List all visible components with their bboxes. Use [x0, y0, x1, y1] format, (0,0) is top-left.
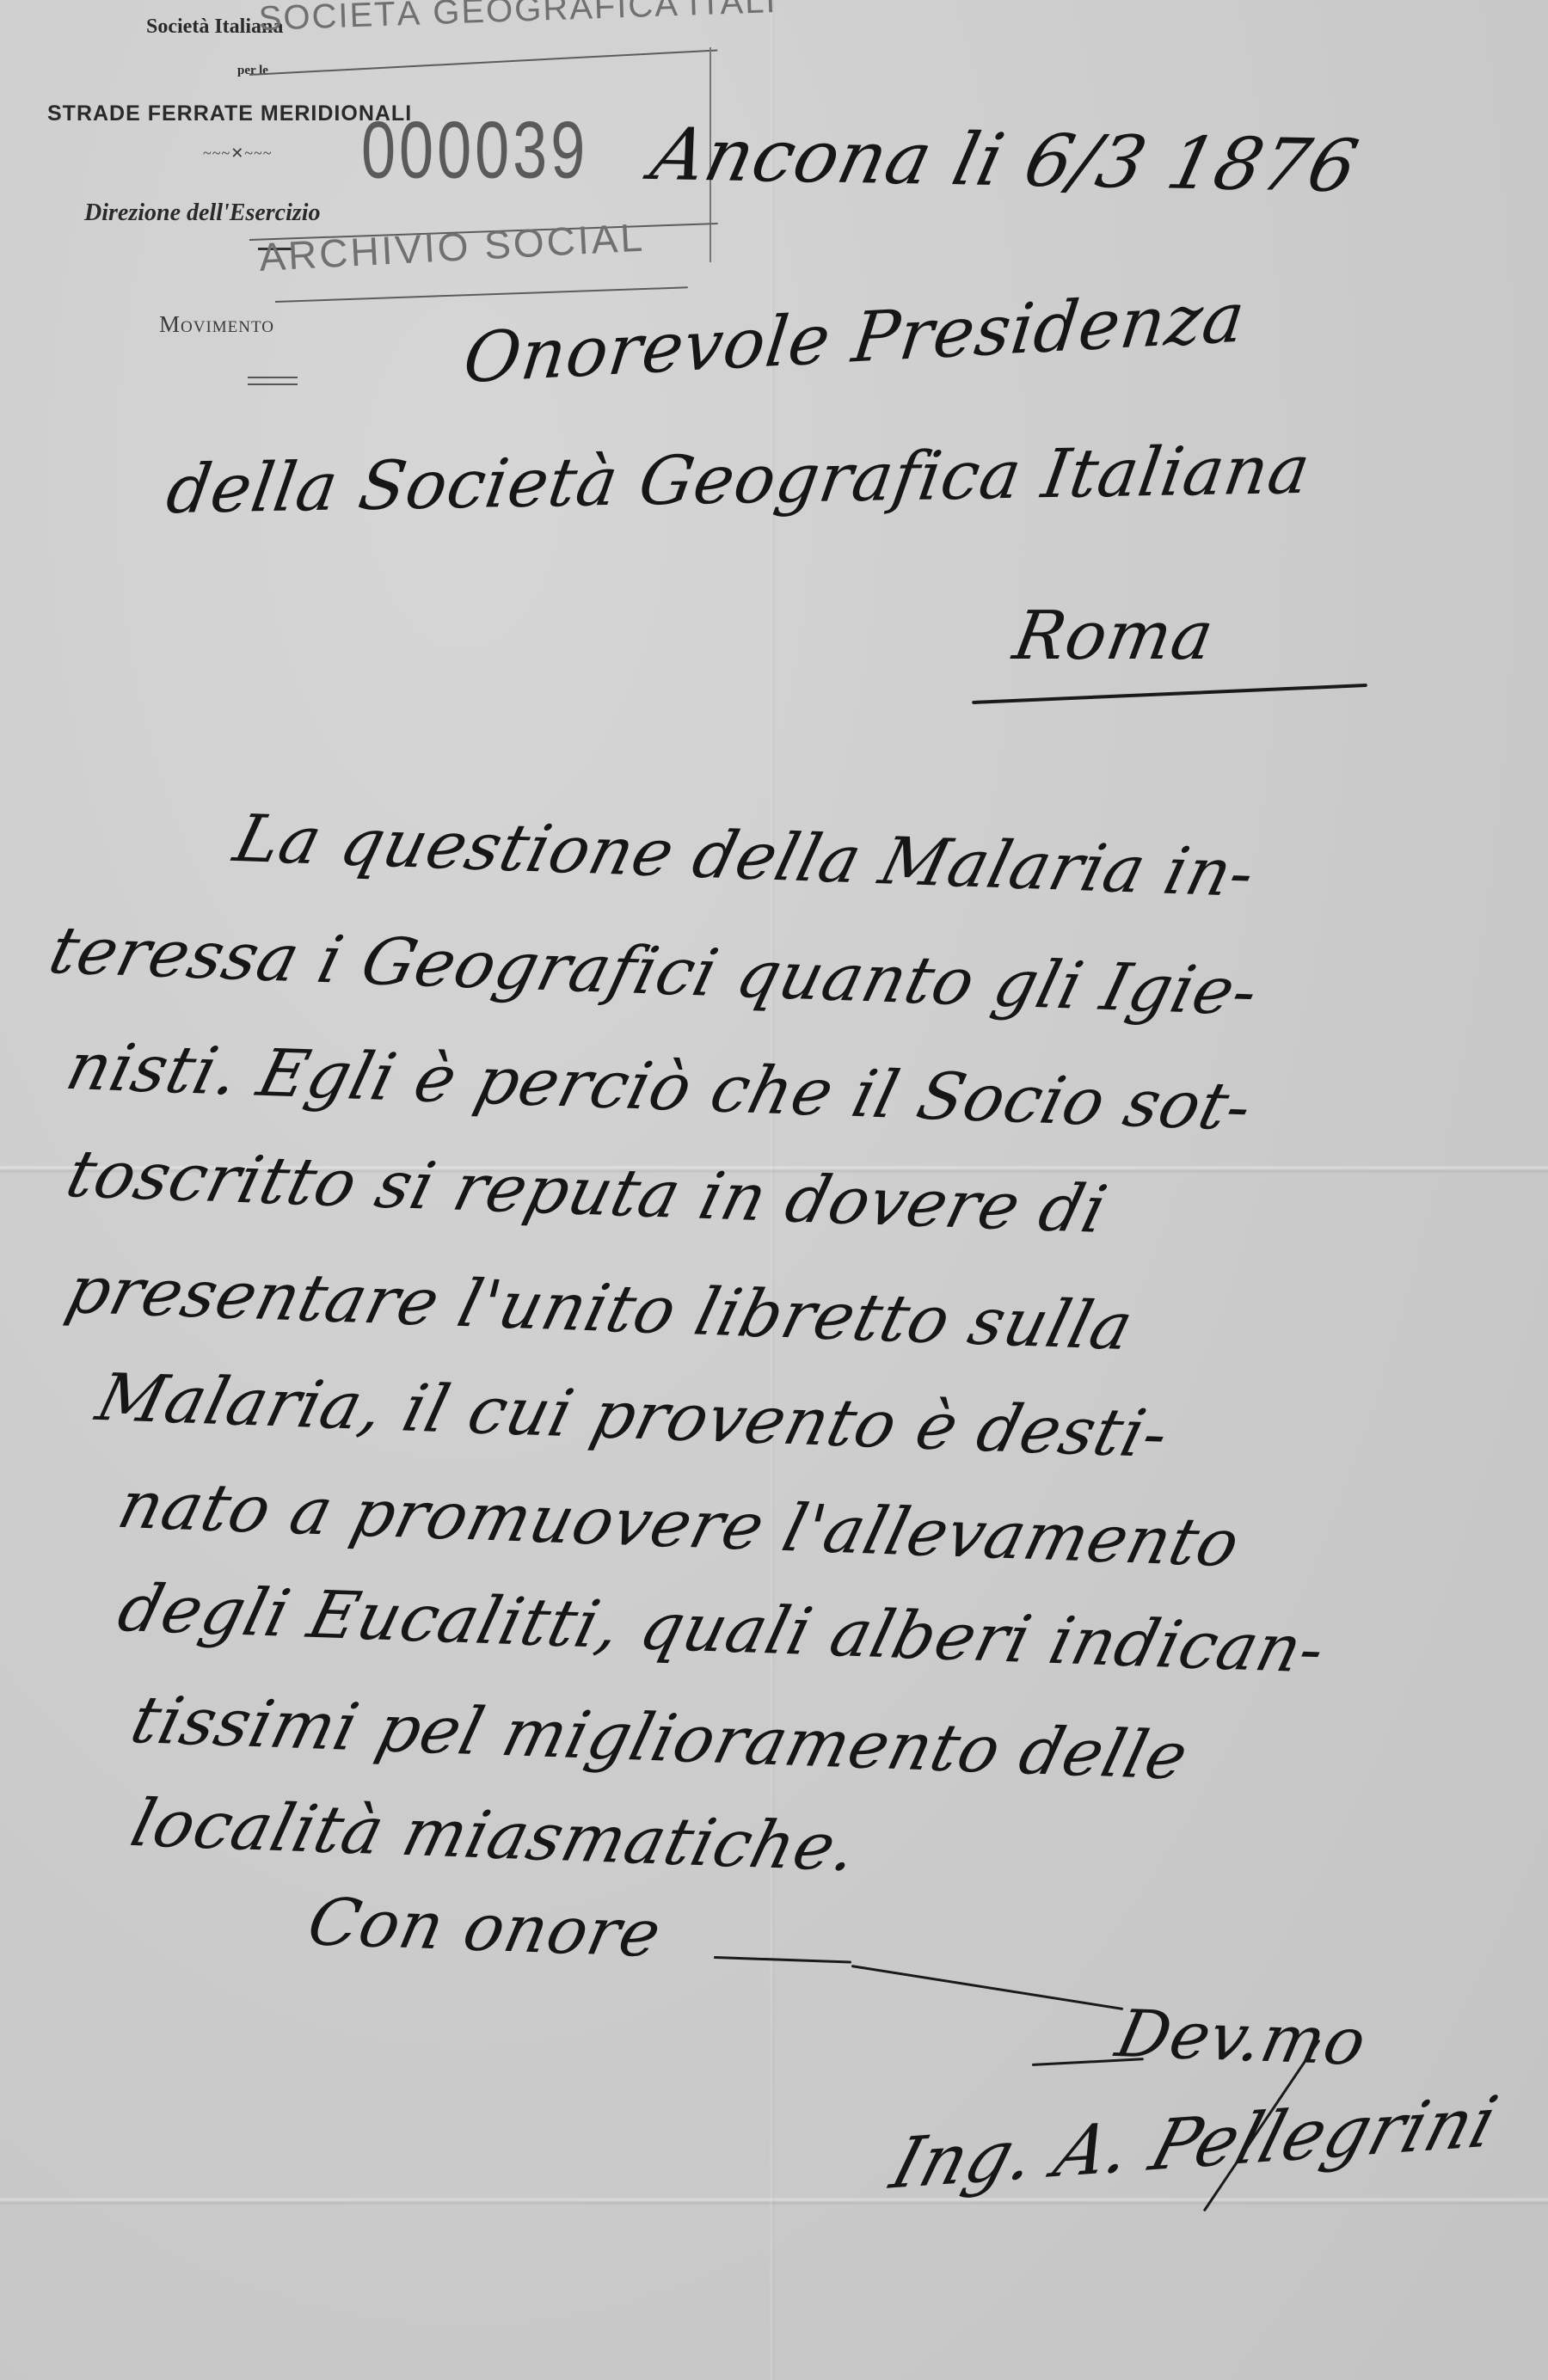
letterhead-double-rule: [248, 377, 298, 385]
body-line: La questione della Malaria in-: [227, 800, 1263, 911]
signature: Ing. A. Pellegrini: [882, 2081, 1507, 2205]
place-date: Ancona li 6/3 1876: [644, 112, 1367, 208]
letterhead-department: Direzione dell'Esercizio: [84, 199, 321, 227]
body-line: nato a promuovere l'allevamento: [111, 1466, 1248, 1581]
body-line: nisti. Egli è perciò che il Socio sot-: [59, 1027, 1260, 1144]
salutation-line: della Società Geografica Italiana: [162, 432, 1316, 529]
stamp-border-top: [249, 49, 717, 76]
body-line: località miasmatiche.: [124, 1784, 866, 1886]
closing-flourish: [714, 1956, 851, 1964]
letter-page: Società Italiana per le STRADE FERRATE M…: [0, 0, 1548, 2380]
body-line: presentare l'unito libretto sulla: [59, 1251, 1141, 1364]
letterhead-division: Movimento: [159, 311, 274, 338]
letterhead-per: per le: [237, 64, 268, 78]
closing-flourish: [851, 1965, 1124, 2010]
salutation-underline: [972, 684, 1367, 704]
body-line: toscritto si reputa in dovere di: [59, 1135, 1115, 1247]
letterhead-ornament: ~~~✕~~~: [203, 144, 273, 163]
letterhead-railway-name: STRADE FERRATE MERIDIONALI: [47, 101, 412, 126]
stamp-border-bottom: [275, 286, 688, 303]
body-line: degli Eucalitti, quali alberi indican-: [111, 1569, 1333, 1687]
body-line: Malaria, il cui provento è desti-: [89, 1359, 1176, 1472]
closing: Con onore: [302, 1883, 668, 1972]
salutation-line: Onorevole Presidenza: [459, 277, 1250, 398]
archive-stamp-header: SOCIETÀ GEOGRAFICA ITALI: [258, 0, 777, 39]
salutation-city: Roma: [1008, 598, 1219, 675]
valediction: Dev.mo: [1110, 1995, 1373, 2079]
archive-stamp-number: 000039: [361, 105, 588, 197]
body-line: tissimi pel miglioramento delle: [124, 1681, 1196, 1794]
body-line: teressa i Geografici quanto gli Igie-: [42, 911, 1266, 1029]
